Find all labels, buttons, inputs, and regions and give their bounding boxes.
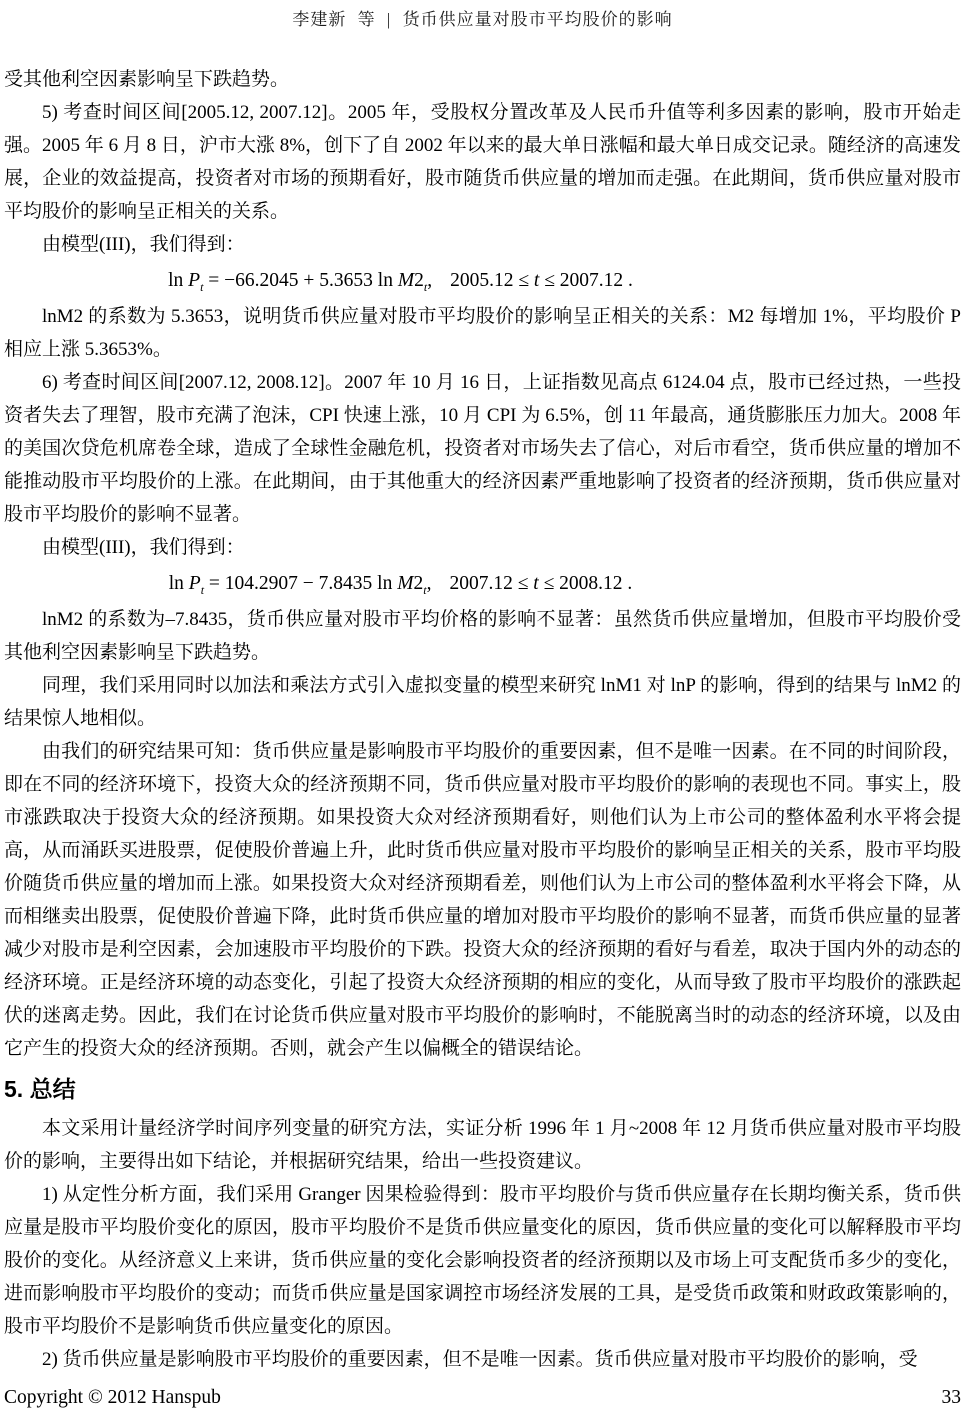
eq-range-start: 2005.12 ≤ bbox=[450, 270, 529, 291]
eq-range-variable: t bbox=[533, 573, 538, 594]
eq-coefficients: = 104.2907 − 7.8435 ln bbox=[209, 573, 392, 594]
eq-range-start: 2007.12 ≤ bbox=[449, 573, 528, 594]
paragraph-conclusion-2: 2) 货币供应量是影响股市平均股价的重要因素，但不是唯一因素。货币供应量对股市平… bbox=[4, 1343, 961, 1376]
eq-ln-operator: ln bbox=[169, 573, 184, 594]
eq-time-subscript: t bbox=[200, 280, 203, 294]
paragraph-continuation: 受其他利空因素影响呈下跌趋势。 bbox=[4, 63, 961, 96]
page-body: 受其他利空因素影响呈下跌趋势。 5) 考查时间区间[2005.12, 2007.… bbox=[0, 63, 965, 1376]
paragraph-model-intro-1: 由模型(III)，我们得到： bbox=[4, 228, 961, 261]
equation-model3-period6: ln Pt = 104.2907 − 7.8435 ln M2t,2007.12… bbox=[4, 567, 797, 600]
eq-range-variable: t bbox=[534, 270, 539, 291]
eq-time-subscript: t bbox=[201, 583, 204, 597]
paper-page: 李建新 等 | 货币供应量对股市平均股价的影响 受其他利空因素影响呈下跌趋势。 … bbox=[0, 0, 965, 1414]
eq-money-number: 2 bbox=[414, 270, 424, 291]
eq-money-number: 2 bbox=[413, 573, 423, 594]
paragraph-model-intro-2: 由模型(III)，我们得到： bbox=[4, 531, 961, 564]
eq-money-variable: M bbox=[398, 270, 414, 291]
copyright-text: Copyright © 2012 Hanspub bbox=[4, 1386, 221, 1410]
paragraph-discussion: 由我们的研究结果可知：货币供应量是影响股市平均股价的重要因素，但不是唯一因素。在… bbox=[4, 735, 961, 1065]
paragraph-coef-m2-negative: lnM2 的系数为–7.8435，货币供应量对股市平均价格的影响不显著：虽然货币… bbox=[4, 603, 961, 669]
paragraph-analogy-m1: 同理，我们采用同时以加法和乘法方式引入虚拟变量的模型来研究 lnM1 对 lnP… bbox=[4, 669, 961, 735]
running-head: 李建新 等 | 货币供应量对股市平均股价的影响 bbox=[0, 5, 965, 30]
paragraph-item-6: 6) 考查时间区间[2007.12, 2008.12]。2007 年 10 月 … bbox=[4, 366, 961, 531]
section-heading-summary: 5. 总结 bbox=[4, 1074, 961, 1104]
equation-range: 2007.12 ≤ t ≤ 2008.12 . bbox=[449, 573, 632, 594]
equation-model3-period5: ln Pt = −66.2045 + 5.3653 ln M2t,2005.12… bbox=[4, 264, 797, 297]
equation-range: 2005.12 ≤ t ≤ 2007.12 . bbox=[450, 270, 633, 291]
eq-money-variable: M bbox=[397, 573, 413, 594]
eq-ln-operator: ln bbox=[168, 270, 183, 291]
page-footer: Copyright © 2012 Hanspub 33 bbox=[4, 1386, 961, 1410]
eq-range-end: ≤ 2007.12 . bbox=[544, 270, 633, 291]
page-number: 33 bbox=[942, 1386, 962, 1410]
paragraph-summary-intro: 本文采用计量经济学时间序列变量的研究方法，实证分析 1996 年 1 月~200… bbox=[4, 1112, 961, 1178]
paragraph-item-5: 5) 考查时间区间[2005.12, 2007.12]。2005 年，受股权分置… bbox=[4, 96, 961, 228]
eq-price-variable: P bbox=[189, 573, 201, 594]
page-header: 李建新 等 | 货币供应量对股市平均股价的影响 bbox=[0, 0, 965, 30]
equation-expression: ln Pt = 104.2907 − 7.8435 ln M2t, bbox=[169, 573, 432, 594]
eq-range-end: ≤ 2008.12 . bbox=[544, 573, 633, 594]
equation-expression: ln Pt = −66.2045 + 5.3653 ln M2t, bbox=[168, 270, 432, 291]
paragraph-coef-m2-positive: lnM2 的系数为 5.3653，说明货币供应量对股市平均股价的影响呈正相关的关… bbox=[4, 300, 961, 366]
paragraph-conclusion-1: 1) 从定性分析方面，我们采用 Granger 因果检验得到：股市平均股价与货币… bbox=[4, 1178, 961, 1343]
eq-comma: , bbox=[427, 573, 432, 594]
eq-price-variable: P bbox=[188, 270, 200, 291]
eq-coefficients: = −66.2045 + 5.3653 ln bbox=[208, 270, 393, 291]
eq-comma: , bbox=[427, 270, 432, 291]
